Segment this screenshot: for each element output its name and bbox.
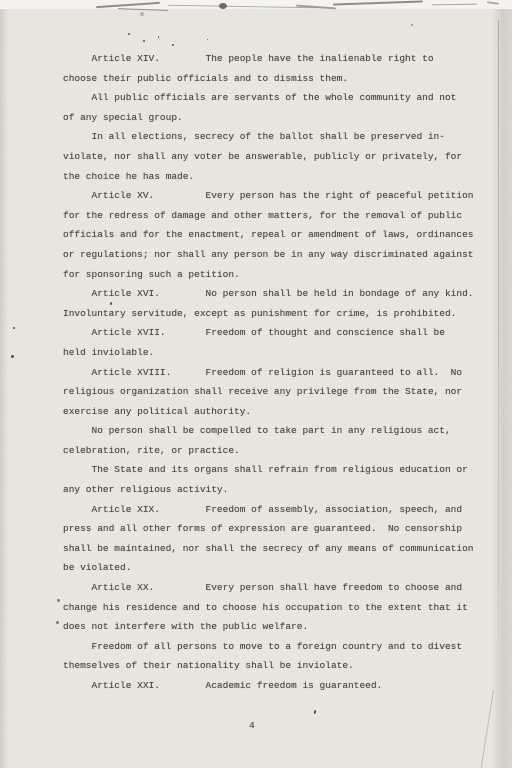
- ink-speck: [11, 355, 14, 358]
- document-line: In all elections, secrecy of the ballot …: [63, 127, 503, 147]
- ink-speck: [57, 599, 60, 602]
- document-line: choose their public officials and to dis…: [63, 69, 503, 89]
- document-line: of any special group.: [63, 108, 503, 128]
- torn-edge-mark: [333, 0, 423, 5]
- ink-speck: [143, 40, 145, 42]
- page-left-edge-shadow: [0, 9, 8, 768]
- document-line: Article XX. Every person shall have free…: [63, 578, 503, 598]
- document-line: violate, nor shall any voter be answerab…: [63, 147, 503, 167]
- document-line: No person shall be compelled to take par…: [63, 421, 503, 441]
- ink-speck: [56, 621, 59, 624]
- page-number: 4: [249, 720, 255, 731]
- document-line: officials and for the enactment, repeal …: [63, 225, 503, 245]
- document-line: shall be maintained, nor shall the secre…: [63, 539, 503, 559]
- document-line: be violated.: [63, 558, 503, 578]
- scanned-document: { "colors": { "paper": "#e9e7e1", "ink":…: [0, 0, 512, 768]
- ink-speck: [172, 44, 174, 46]
- document-line: Article XVIII. Freedom of religion is gu…: [63, 363, 503, 383]
- torn-edge-mark: [432, 4, 477, 6]
- document-line: any other religious activity.: [63, 480, 503, 500]
- document-line: does not interfere with the public welfa…: [63, 617, 503, 637]
- document-line: Freedom of all persons to move to a fore…: [63, 637, 503, 657]
- document-line: for sponsoring such a petition.: [63, 265, 503, 285]
- torn-edge-mark: [487, 1, 499, 5]
- document-line: Article XIX. Freedom of assembly, associ…: [63, 500, 503, 520]
- torn-edge-mark: [140, 12, 144, 16]
- ink-speck: [158, 36, 159, 38]
- document-line: Article XXI. Academic freedom is guarant…: [63, 676, 503, 696]
- document-line: the choice he has made.: [63, 167, 503, 187]
- document-line: or regulations; nor shall any person be …: [63, 245, 503, 265]
- document-line: All public officials are servants of the…: [63, 88, 503, 108]
- document-line: religious organization shall receive any…: [63, 382, 503, 402]
- document-line: press and all other forms of expression …: [63, 519, 503, 539]
- document-line: Article XVI. No person shall be held in …: [63, 284, 503, 304]
- document-line: Article XV. Every person has the right o…: [63, 186, 503, 206]
- document-line: for the redress of damage and other matt…: [63, 206, 503, 226]
- document-line: exercise any political authority.: [63, 402, 503, 422]
- document-line: change his residence and to choose his o…: [63, 598, 503, 618]
- ink-speck: [128, 33, 130, 35]
- torn-edge-mark: [219, 3, 227, 9]
- document-line: Article XIV. The people have the inalien…: [63, 49, 503, 69]
- document-line: themselves of their nationality shall be…: [63, 656, 503, 676]
- document-line: The State and its organs shall refrain f…: [63, 460, 503, 480]
- document-line: Involuntary servitude, except as punishm…: [63, 304, 503, 324]
- ink-speck: [411, 24, 413, 26]
- torn-edge-mark: [96, 2, 160, 8]
- document-line: Article XVII. Freedom of thought and con…: [63, 323, 503, 343]
- document-text: Article XIV. The people have the inalien…: [63, 49, 503, 696]
- ink-speck: [13, 327, 15, 329]
- ink-speck: [207, 39, 208, 40]
- document-line: held inviolable.: [63, 343, 503, 363]
- document-line: celebration, rite, or practice.: [63, 441, 503, 461]
